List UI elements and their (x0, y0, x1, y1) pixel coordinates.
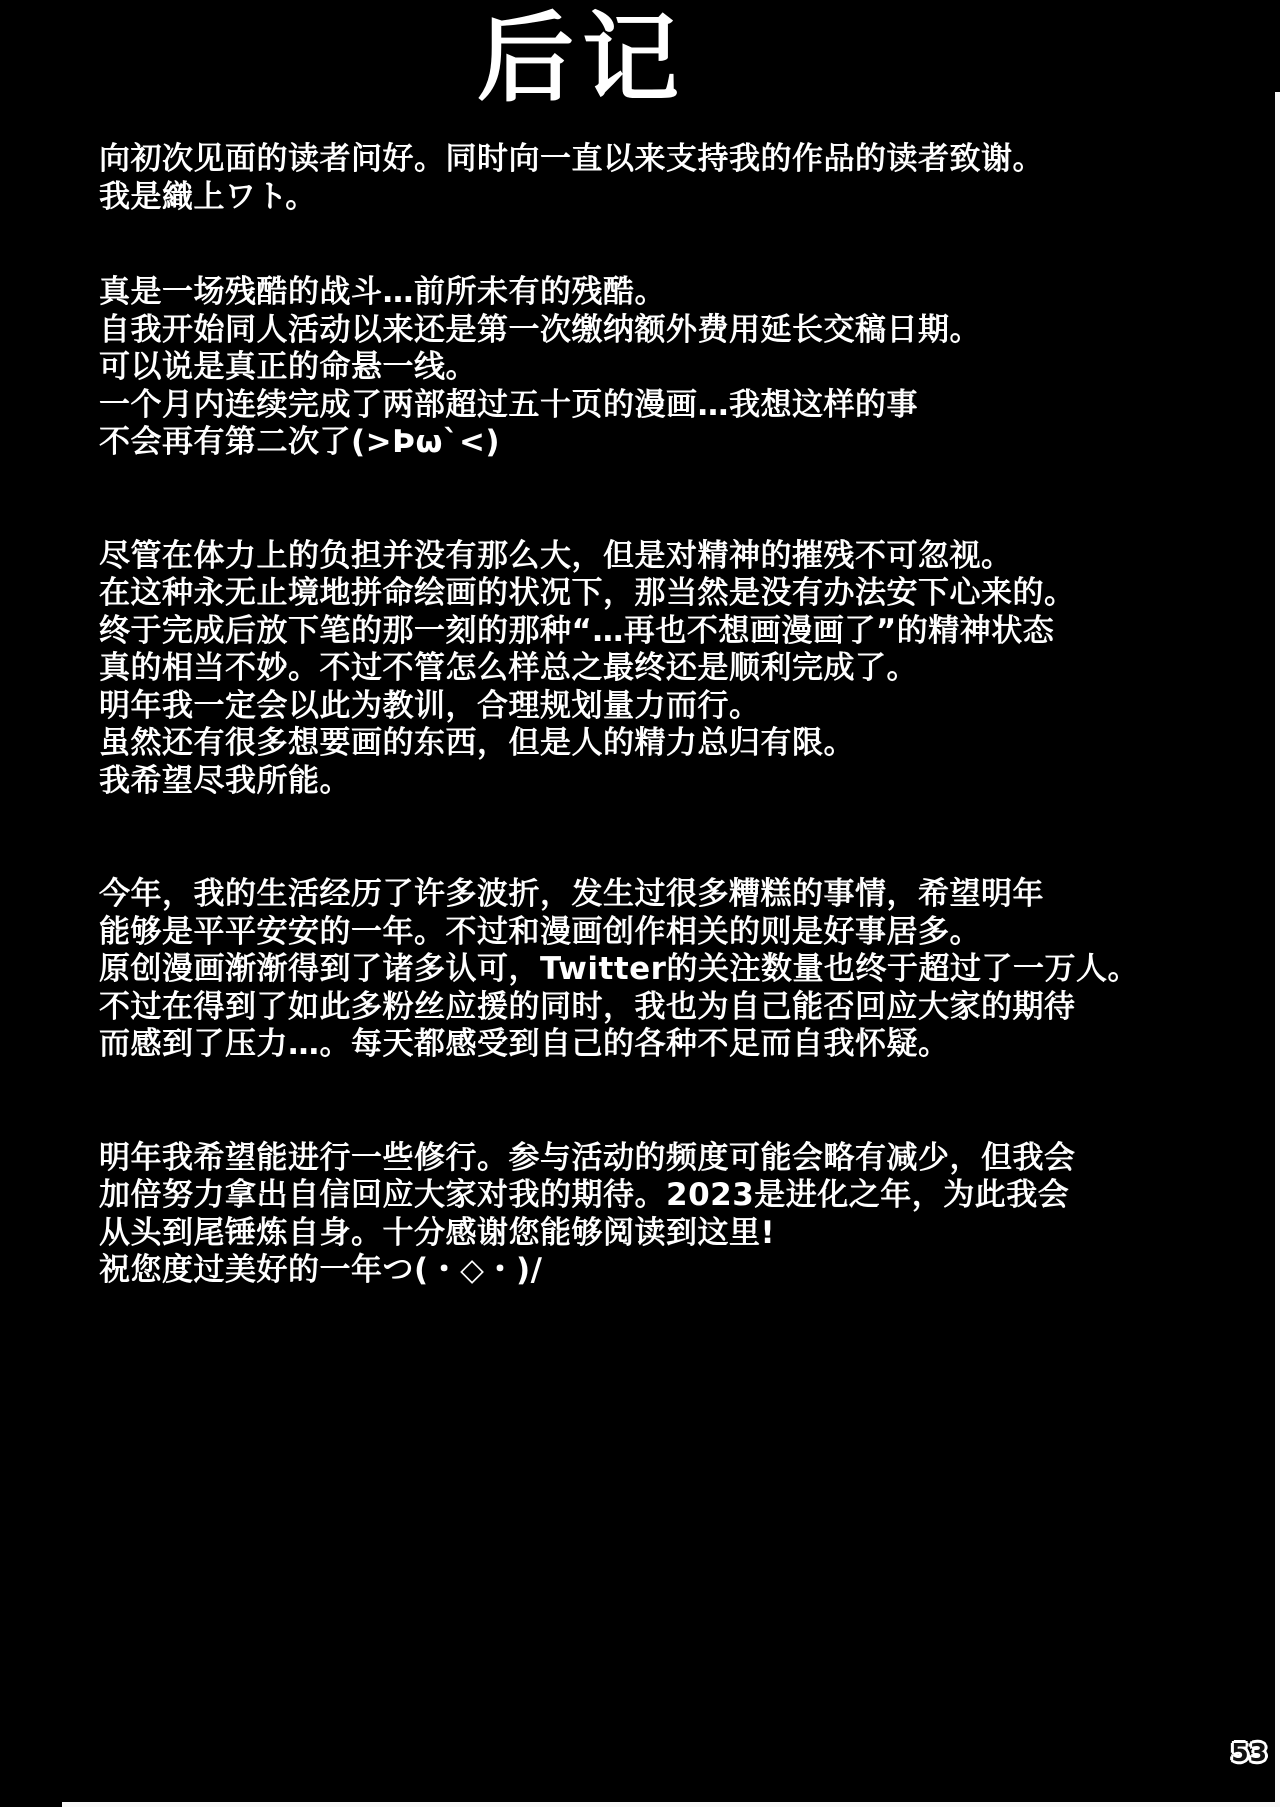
text-line: 从头到尾锤炼自身。十分感谢您能够阅读到这里! (99, 1215, 1240, 1253)
text-line: 自我开始同人活动以来还是第一次缴纳额外费用延长交稿日期。 (99, 312, 1240, 350)
text-line: 尽管在体力上的负担并没有那么大，但是对精神的摧残不可忽视。 (99, 538, 1240, 576)
text-line: 可以说是真正的命悬一线。 (99, 349, 1240, 387)
afterword-page: 后记 向初次见面的读者问好。同时向一直以来支持我的作品的读者致谢。我是織上ワト。… (0, 0, 1280, 1807)
scan-edge-right (1275, 92, 1280, 1807)
text-line: 原创漫画渐渐得到了诸多认可，Twitter的关注数量也终于超过了一万人。 (99, 951, 1240, 989)
text-line: 能够是平平安安的一年。不过和漫画创作相关的则是好事居多。 (99, 914, 1240, 952)
text-line: 在这种永无止境地拼命绘画的状况下，那当然是没有办法安下心来的。 (99, 575, 1240, 613)
text-line: 明年我一定会以此为教训，合理规划量力而行。 (99, 688, 1240, 726)
text-line: 今年，我的生活经历了许多波折，发生过很多糟糕的事情，希望明年 (99, 876, 1240, 914)
paragraph: 明年我希望能进行一些修行。参与活动的频度可能会略有减少，但我会加倍努力拿出自信回… (99, 1140, 1240, 1290)
text-line: 明年我希望能进行一些修行。参与活动的频度可能会略有减少，但我会 (99, 1140, 1240, 1178)
paragraph: 真是一场残酷的战斗…前所未有的残酷。自我开始同人活动以来还是第一次缴纳额外费用延… (99, 274, 1240, 462)
text-line: 终于完成后放下笔的那一刻的那种“…再也不想画漫画了”的精神状态 (99, 613, 1240, 651)
text-line: 真是一场残酷的战斗…前所未有的残酷。 (99, 274, 1240, 312)
paragraph: 尽管在体力上的负担并没有那么大，但是对精神的摧残不可忽视。在这种永无止境地拼命绘… (99, 538, 1240, 801)
text-line: 虽然还有很多想要画的东西，但是人的精力总归有限。 (99, 725, 1240, 763)
afterword-body: 向初次见面的读者问好。同时向一直以来支持我的作品的读者致谢。我是織上ワト。真是一… (99, 141, 1240, 1366)
paragraph: 今年，我的生活经历了许多波折，发生过很多糟糕的事情，希望明年能够是平平安安的一年… (99, 876, 1240, 1064)
text-line: 我是織上ワト。 (99, 179, 1240, 217)
text-line: 不过在得到了如此多粉丝应援的同时，我也为自己能否回应大家的期待 (99, 989, 1240, 1027)
text-line: 我希望尽我所能。 (99, 763, 1240, 801)
text-line: 祝您度过美好的一年つ(・◇・)/ (99, 1252, 1240, 1290)
text-line: 一个月内连续完成了两部超过五十页的漫画…我想这样的事 (99, 387, 1240, 425)
text-line: 而感到了压力…。每天都感受到自己的各种不足而自我怀疑。 (99, 1026, 1240, 1064)
scan-edge-bottom (62, 1802, 1280, 1807)
paragraph: 向初次见面的读者问好。同时向一直以来支持我的作品的读者致谢。我是織上ワト。 (99, 141, 1240, 216)
text-line: 向初次见面的读者问好。同时向一直以来支持我的作品的读者致谢。 (99, 141, 1240, 179)
text-line: 真的相当不妙。不过不管怎么样总之最终还是顺利完成了。 (99, 650, 1240, 688)
text-line: 不会再有第二次了(>Þω`<) (99, 424, 1240, 462)
text-line: 加倍努力拿出自信回应大家对我的期待。2023是进化之年，为此我会 (99, 1177, 1240, 1215)
page-number: 53 (1231, 1738, 1268, 1767)
page-title: 后记 (0, 6, 1222, 113)
